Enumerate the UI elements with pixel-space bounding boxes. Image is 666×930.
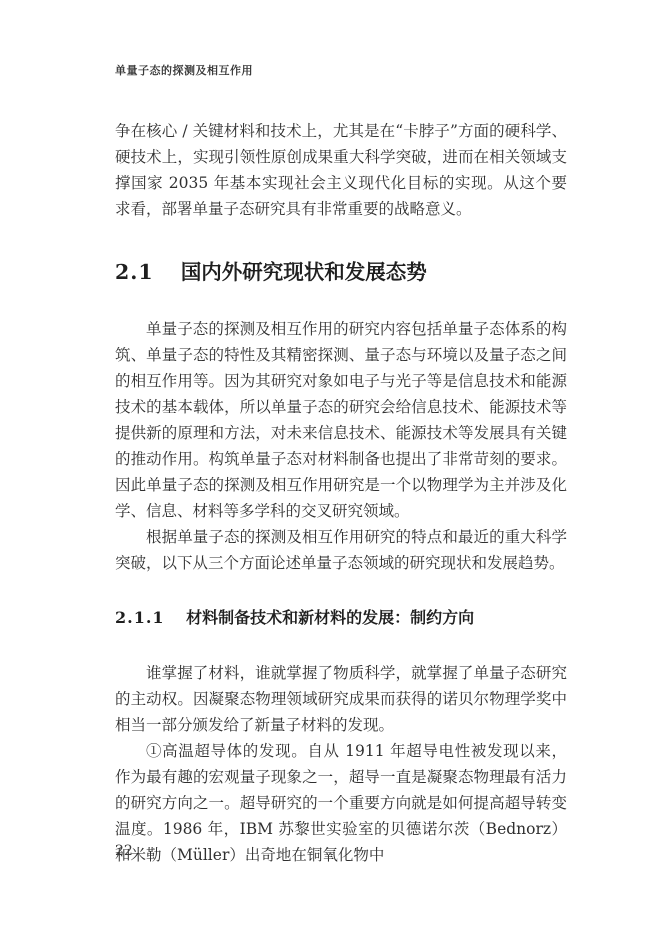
running-header: 单量子态的探测及相互作用	[115, 62, 253, 78]
page-content: 争在核心 / 关键材料和技术上，尤其是在“卡脖子”方面的硬科学、硬技术上，实现引…	[115, 118, 567, 868]
paragraph-continuation: 争在核心 / 关键材料和技术上，尤其是在“卡脖子”方面的硬科学、硬技术上，实现引…	[115, 118, 567, 222]
paragraph-superconductor: ①高温超导体的发现。自从 1911 年超导电性被发现以来，作为最有趣的宏观量子现…	[115, 738, 567, 868]
subsection-heading-2-1-1: 2.1.1 材料制备技术和新材料的发展：制约方向	[115, 606, 567, 630]
paragraph-materials: 谁掌握了材料，谁就掌握了物质科学，就掌握了单量子态研究的主动权。因凝聚态物理领域…	[115, 660, 567, 738]
page-number: 22	[115, 843, 133, 859]
section-heading-2-1: 2.1 国内外研究现状和发展态势	[115, 258, 567, 286]
section-number: 2.1	[115, 260, 154, 284]
paragraph-overview: 单量子态的探测及相互作用的研究内容包括单量子态体系的构筑、单量子态的特性及其精密…	[115, 316, 567, 524]
document-page: 单量子态的探测及相互作用 争在核心 / 关键材料和技术上，尤其是在“卡脖子”方面…	[0, 0, 666, 930]
section-title: 国内外研究现状和发展态势	[181, 260, 427, 284]
paragraph-outline: 根据单量子态的探测及相互作用研究的特点和最近的重大科学突破，以下从三个方面论述单…	[115, 524, 567, 576]
subsection-title: 材料制备技术和新材料的发展：制约方向	[186, 608, 474, 627]
subsection-number: 2.1.1	[115, 608, 165, 627]
